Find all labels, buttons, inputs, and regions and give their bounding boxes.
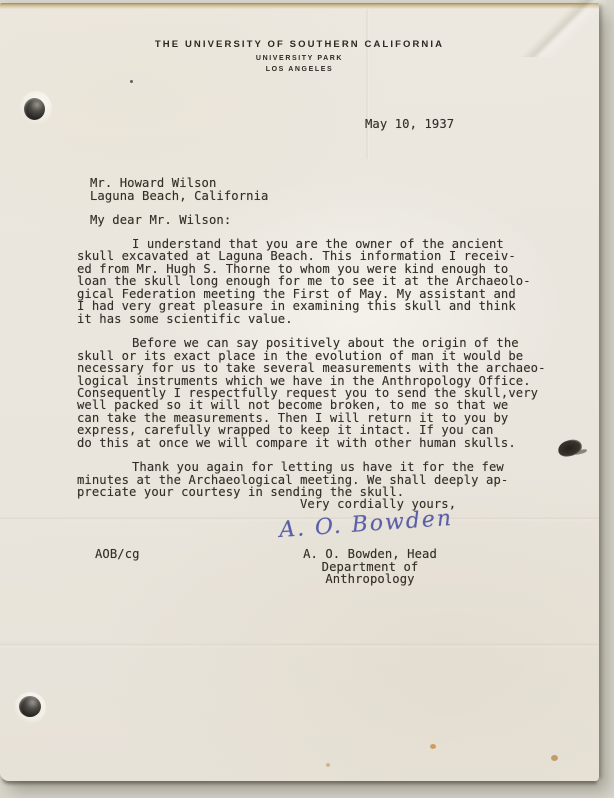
body-paragraph-1: I understand that you are the owner of t…	[77, 238, 559, 325]
paper-stain	[326, 763, 330, 767]
signer-name: A. O. Bowden, Head	[281, 548, 459, 561]
typed-signature-block: A. O. Bowden, Head Department of Anthrop…	[281, 548, 459, 586]
punch-hole-top	[20, 91, 52, 125]
salutation: My dear Mr. Wilson:	[90, 213, 231, 227]
scanned-letter: THE UNIVERSITY OF SOUTHERN CALIFORNIA UN…	[0, 0, 614, 798]
letter-body: I understand that you are the owner of t…	[77, 238, 559, 511]
letterhead-university-park: UNIVERSITY PARK	[0, 55, 599, 62]
ink-blot-stain	[557, 438, 584, 459]
recipient-address: Mr. Howard Wilson Laguna Beach, Californ…	[90, 177, 269, 202]
paper-speck	[130, 80, 133, 83]
punch-hole-bottom	[14, 692, 46, 724]
body-paragraph-2: Before we can say positively about the o…	[77, 337, 559, 449]
vertical-crease	[366, 9, 369, 159]
date-line: May 10, 1937	[365, 117, 454, 131]
letterhead: THE UNIVERSITY OF SOUTHERN CALIFORNIA UN…	[0, 39, 599, 73]
signer-department: Department of Anthropology	[281, 561, 459, 586]
letter-paper-sheet: THE UNIVERSITY OF SOUTHERN CALIFORNIA UN…	[0, 3, 599, 781]
letterhead-university-name: THE UNIVERSITY OF SOUTHERN CALIFORNIA	[0, 39, 599, 50]
body-paragraph-3: Thank you again for letting us have it f…	[77, 461, 559, 498]
reference-initials: AOB/cg	[95, 547, 140, 561]
letterhead-city: LOS ANGELES	[0, 66, 599, 73]
paper-stain	[430, 744, 436, 749]
horizontal-wrinkle	[0, 643, 599, 648]
paper-stain	[551, 755, 558, 761]
